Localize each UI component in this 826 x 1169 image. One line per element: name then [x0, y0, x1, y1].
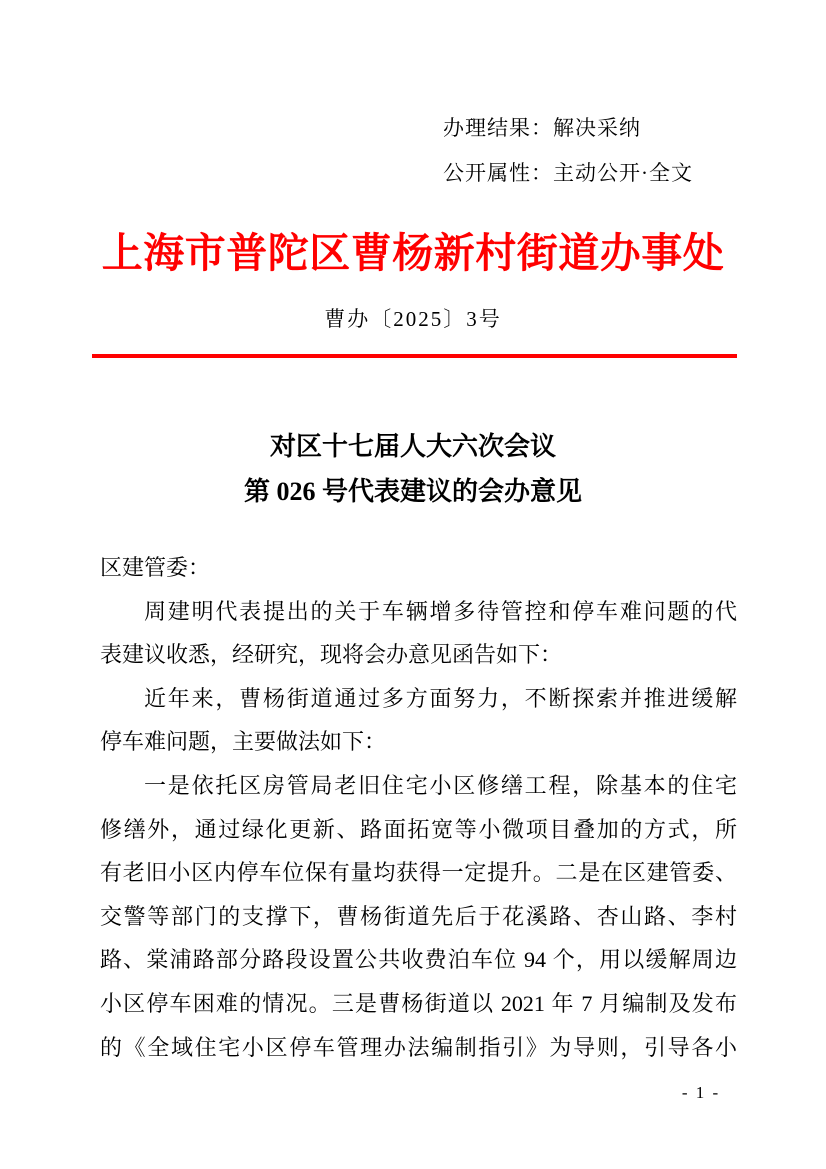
- body-line: 修缮外，通过绿化更新、路面拓宽等小微项目叠加的方式，所: [100, 808, 737, 852]
- document-number: 曹办〔2025〕3号: [0, 303, 826, 333]
- document-title-line1: 对区十七届人大六次会议: [0, 424, 826, 469]
- body-line: 有老旧小区内停车位保有量均获得一定提升。二是在区建管委、: [100, 851, 737, 895]
- body-text: 区建管委： 周建明代表提出的关于车辆增多待管控和停车难问题的代 表建议收悉，经研…: [100, 546, 737, 1069]
- body-line: 路、棠浦路部分路段设置公共收费泊车位 94 个，用以缓解周边: [100, 938, 737, 982]
- body-line: 一是依托区房管局老旧住宅小区修缮工程，除基本的住宅: [100, 764, 737, 808]
- page-number: - 1 -: [640, 1083, 762, 1103]
- red-separator-line: [92, 354, 737, 358]
- publicity-attribute: 公开属性：主动公开·全文: [443, 151, 693, 196]
- body-line: 表建议收悉，经研究，现将会办意见函告如下：: [100, 633, 737, 677]
- processing-result: 办理结果：解决采纳: [443, 106, 693, 151]
- body-line: 停车难问题，主要做法如下：: [100, 720, 737, 764]
- body-line: 近年来，曹杨街道通过多方面努力，不断探索并推进缓解: [100, 677, 737, 721]
- body-line: 区建管委：: [100, 546, 737, 590]
- body-line: 周建明代表提出的关于车辆增多待管控和停车难问题的代: [100, 590, 737, 634]
- document-title-line2: 第 026 号代表建议的会办意见: [0, 469, 826, 514]
- document-page: 办理结果：解决采纳 公开属性：主动公开·全文 上海市普陀区曹杨新村街道办事处 曹…: [0, 0, 826, 1169]
- body-line: 小区停车困难的情况。三是曹杨街道以 2021 年 7 月编制及发布: [100, 982, 737, 1026]
- body-line: 交警等部门的支撑下，曹杨街道先后于花溪路、杏山路、李村: [100, 895, 737, 939]
- issuer-title: 上海市普陀区曹杨新村街道办事处: [0, 220, 826, 279]
- meta-block: 办理结果：解决采纳 公开属性：主动公开·全文: [443, 106, 693, 196]
- document-title: 对区十七届人大六次会议 第 026 号代表建议的会办意见: [0, 424, 826, 514]
- body-line: 的《全域住宅小区停车管理办法编制指引》为导则，引导各小: [100, 1026, 737, 1070]
